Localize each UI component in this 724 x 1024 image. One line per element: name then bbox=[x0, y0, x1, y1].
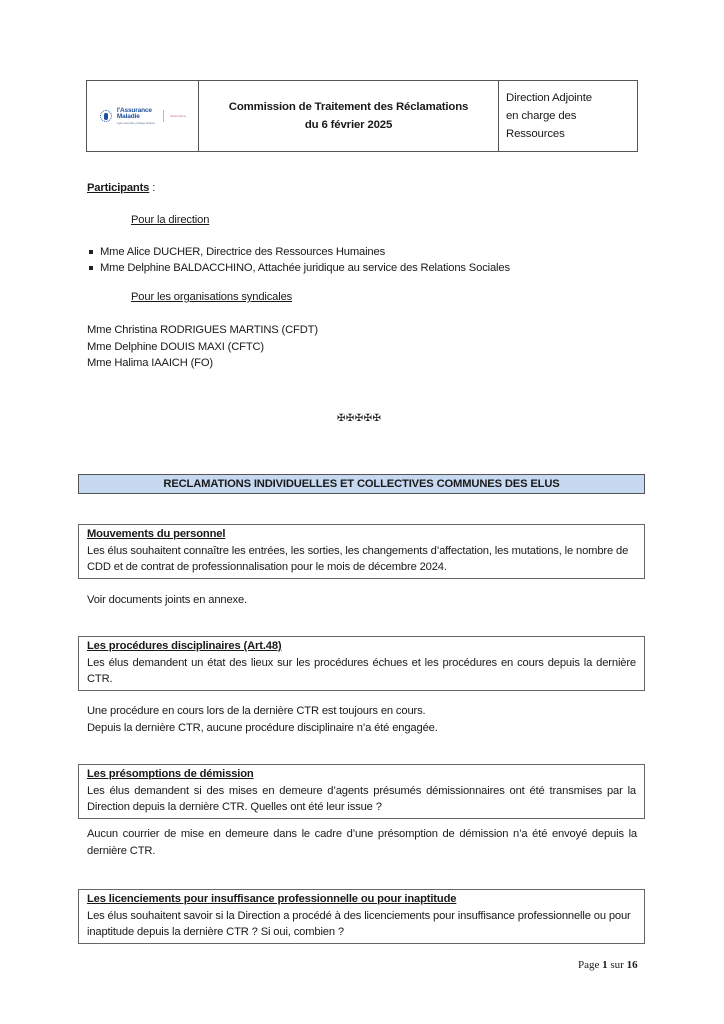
participants-colon: : bbox=[149, 182, 155, 194]
direction-line-2: en charge des Ressources bbox=[506, 107, 637, 143]
list-item: Mme Christina RODRIGUES MARTINS (CFDT) bbox=[87, 322, 318, 339]
answer-line: Depuis la dernière CTR, aucune procédure… bbox=[87, 720, 637, 737]
question-title: Les procédures disciplinaires (Art.48) bbox=[87, 638, 636, 655]
member-name: Mme Alice DUCHER, Directrice des Ressour… bbox=[100, 244, 385, 260]
list-item: Mme Alice DUCHER, Directrice des Ressour… bbox=[87, 244, 510, 260]
page-total: 16 bbox=[627, 959, 638, 971]
unions-subheading: Pour les organisations syndicales bbox=[131, 291, 292, 303]
logo-cell: l'Assurance Maladie Agir ensemble, proté… bbox=[87, 81, 199, 151]
document-title: Commission de Traitement des Réclamation… bbox=[199, 81, 499, 151]
bullet-icon bbox=[89, 266, 93, 270]
direction-line-1: Direction Adjointe bbox=[506, 89, 637, 107]
direction-members-list: Mme Alice DUCHER, Directrice des Ressour… bbox=[87, 244, 510, 276]
bullet-icon bbox=[89, 250, 93, 254]
question-box: Les licenciements pour insuffisance prof… bbox=[78, 889, 645, 944]
question-title: Les licenciements pour insuffisance prof… bbox=[87, 891, 636, 908]
page-prefix: Page bbox=[578, 959, 602, 971]
question-title: Les présomptions de démission bbox=[87, 766, 636, 783]
direction-subheading: Pour la direction bbox=[131, 214, 209, 226]
answer-text: Une procédure en cours lors de la derniè… bbox=[87, 703, 637, 736]
answer-line: Aucun courrier de mise en demeure dans l… bbox=[87, 826, 637, 859]
participants-heading: Participants : bbox=[87, 182, 155, 194]
union-members-list: Mme Christina RODRIGUES MARTINS (CFDT) M… bbox=[87, 322, 318, 372]
logo-wordmark: l'Assurance Maladie Agir ensemble, proté… bbox=[117, 108, 155, 125]
logo-tagline: Agir ensemble, protéger chacun bbox=[117, 121, 155, 125]
list-item: Mme Halima IAAICH (FO) bbox=[87, 355, 318, 372]
title-line-1: Commission de Traitement des Réclamation… bbox=[229, 98, 468, 116]
ornament-separator-icon: ✠✠✠✠✠ bbox=[337, 413, 381, 424]
logo-divider bbox=[163, 110, 164, 122]
logo-side-text: Val-de-Marne bbox=[170, 114, 186, 118]
question-text: Les élus demandent si des mises en demeu… bbox=[87, 783, 636, 816]
logo: l'Assurance Maladie Agir ensemble, proté… bbox=[99, 108, 186, 125]
question-text: Les élus souhaitent connaître les entrée… bbox=[87, 543, 636, 576]
question-title: Mouvements du personnel bbox=[87, 526, 636, 543]
question-box: Les procédures disciplinaires (Art.48) L… bbox=[78, 636, 645, 691]
answer-text: Aucun courrier de mise en demeure dans l… bbox=[87, 826, 637, 859]
direction-cell: Direction Adjointe en charge des Ressour… bbox=[499, 81, 637, 151]
member-name: Mme Delphine BALDACCHINO, Attachée jurid… bbox=[100, 260, 510, 276]
question-text: Les élus souhaitent savoir si la Directi… bbox=[87, 908, 636, 941]
question-text: Les élus demandent un état des lieux sur… bbox=[87, 655, 636, 688]
assurance-maladie-logo-icon bbox=[99, 109, 113, 123]
page-separator: sur bbox=[608, 959, 627, 971]
answer-text: Voir documents joints en annexe. bbox=[87, 592, 637, 609]
list-item: Mme Delphine DOUIS MAXI (CFTC) bbox=[87, 339, 318, 356]
page-number: Page 1 sur 16 bbox=[578, 959, 638, 971]
participants-label: Participants bbox=[87, 182, 149, 194]
list-item: Mme Delphine BALDACCHINO, Attachée jurid… bbox=[87, 260, 510, 276]
header-table: l'Assurance Maladie Agir ensemble, proté… bbox=[86, 80, 638, 152]
answer-line: Une procédure en cours lors de la derniè… bbox=[87, 703, 637, 720]
title-line-2: du 6 février 2025 bbox=[305, 116, 392, 134]
question-box: Les présomptions de démission Les élus d… bbox=[78, 764, 645, 819]
answer-line: Voir documents joints en annexe. bbox=[87, 592, 637, 609]
section-title-band: RECLAMATIONS INDIVIDUELLES ET COLLECTIVE… bbox=[78, 474, 645, 494]
question-box: Mouvements du personnel Les élus souhait… bbox=[78, 524, 645, 579]
